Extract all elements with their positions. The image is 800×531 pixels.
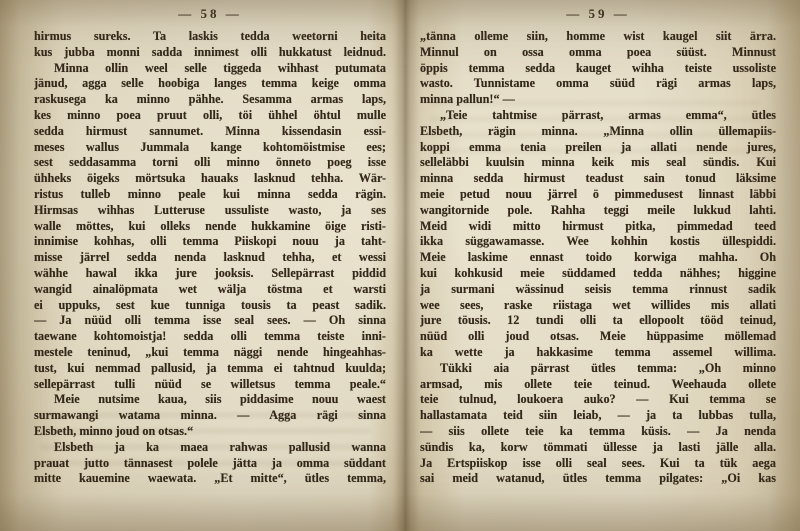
- text-line: Meie nutsime kaua, siis piddasime nouu w…: [34, 392, 386, 408]
- text-line: kus jubba monni sadda innimest olli hukk…: [34, 45, 386, 61]
- text-line: surmawangi watama minna. — Agga rägi sin…: [34, 408, 386, 424]
- text-line: meie petud nouu järrel ö pimmedusest lin…: [420, 187, 776, 203]
- text-line: ristus tulleb minno peale kui minna sedd…: [34, 187, 386, 203]
- page-58-text: hirmus sureks. Ta laskis tedda weetorni …: [34, 29, 386, 487]
- text-line: misse järrel sedda nenda lasknud tehha, …: [34, 250, 386, 266]
- text-line: sellepärrast tulli nüüd se willetsus tem…: [34, 377, 386, 393]
- text-line: „tänna olleme siin, homme wist kaugel si…: [420, 29, 776, 45]
- book-scan: — 58 — hirmus sureks. Ta laskis tedda we…: [0, 0, 800, 531]
- text-line: mestele teninud, „kui temma näggi nende …: [34, 345, 386, 361]
- text-line: Meie laskime ennast toido korwiga mahha.…: [420, 250, 776, 266]
- text-line: innimise kohhas, olli temma Piiskopi nou…: [34, 234, 386, 250]
- text-line: minna pallun!“ —: [420, 92, 776, 108]
- text-line: sündis ka, korw tömmati üllesse ja lasti…: [420, 440, 776, 456]
- text-line: wähhe hawal ikka jure jooksis. Sellepärr…: [34, 266, 386, 282]
- text-line: jänud, agga selle hoobiga langes temma k…: [34, 76, 386, 92]
- text-line: hirmus sureks. Ta laskis tedda weetorni …: [34, 29, 386, 45]
- page-number-right: — 59 —: [420, 6, 776, 22]
- text-line: sai meid watanud, ütles temma pilgates: …: [420, 471, 776, 487]
- text-line: Elsbeth ja ka maea rahwas pallusid wanna: [34, 440, 386, 456]
- text-line: öppis temma sedda kauget wihha teiste us…: [420, 61, 776, 77]
- text-line: kes minno poea pruut olli, töi ühhel öht…: [34, 108, 386, 124]
- text-line: Minnul on ossa omma poea süüst. Minnust: [420, 45, 776, 61]
- text-line: sest seddasamma torni olli minno önneto …: [34, 155, 386, 171]
- text-line: tust, kui nemmad pallusid, ja temma ei t…: [34, 361, 386, 377]
- text-line: teie tulnud, loukoera auko? — Kui temma …: [420, 392, 776, 408]
- page-59: — 59 — „tänna olleme siin, homme wist ka…: [420, 6, 776, 487]
- text-line: ja surmani wässinud seisis temma rinnust…: [420, 282, 776, 298]
- text-line: meses wallus Jummala kange kohtomöistmis…: [34, 140, 386, 156]
- text-line: wee sees, raske riistaga wet willides mi…: [420, 298, 776, 314]
- text-line: minna sedda hirmust teadust sain tonud l…: [420, 171, 776, 187]
- text-line: raskusega ka minno pähhe. Sesamma armas …: [34, 92, 386, 108]
- page-number-left: — 58 —: [34, 6, 386, 22]
- text-line: taewane kohtomoistja! sedda olli temma t…: [34, 329, 386, 345]
- text-line: Hirmsas wihhas Lutteruse ussuliste wasto…: [34, 203, 386, 219]
- text-line: mitte kauemine waewata. „Et mitte“, ütle…: [34, 471, 386, 487]
- text-line: Elsbeth, rägin minna. „Minna ollin üllem…: [420, 124, 776, 140]
- text-line: wasto. Tunnistame omma süüd rägi armas l…: [420, 76, 776, 92]
- text-line: ikka süggawamasse. Wee kohhin kostis üll…: [420, 234, 776, 250]
- text-line: ei uppuks, sest kue tunniga tousis ta pe…: [34, 298, 386, 314]
- text-line: „Teie tahtmise pärrast, armas emma“, ütl…: [420, 108, 776, 124]
- text-line: wangitornide pole. Rahha teggi meile luk…: [420, 203, 776, 219]
- text-line: nüüd olli joud otsas. Meie hüppasime möl…: [420, 329, 776, 345]
- text-line: ühheks öigeks mörtsuka hauaks lasknud te…: [34, 171, 386, 187]
- text-line: walle möttes, kui olleks nende hukkamine…: [34, 219, 386, 235]
- text-line: kui kohkusid meie süddamed tedda nähhes;…: [420, 266, 776, 282]
- text-line: sedda hirmust sannumet. Minna kissendasi…: [34, 124, 386, 140]
- text-line: Elsbeth, minno joud on otsas.“: [34, 424, 386, 440]
- page-59-text: „tänna olleme siin, homme wist kaugel si…: [420, 29, 776, 487]
- text-line: Minna ollin weel selle tiggeda wihhast p…: [34, 61, 386, 77]
- text-line: selleläbbi kuulsin minna keik mis seal s…: [420, 155, 776, 171]
- text-line: ka wette ja hakkasime temma assemel will…: [420, 345, 776, 361]
- page-58: — 58 — hirmus sureks. Ta laskis tedda we…: [34, 6, 386, 487]
- text-line: Ja Ertspiiskop isse olli seal sees. Kui …: [420, 456, 776, 472]
- text-line: hallastamata teid siin leiab, — ja ta lu…: [420, 408, 776, 424]
- text-line: wangid ainalöpmata wet wälja töstma et w…: [34, 282, 386, 298]
- text-line: prauat jutto tännasest polele jätta ja o…: [34, 456, 386, 472]
- text-line: Tükki aia pärrast ütles temma: „Oh minno: [420, 361, 776, 377]
- text-line: koppi emma tenia preilen ja allati nende…: [420, 140, 776, 156]
- text-line: armsad, mis ollete teie teinud. Weehauda…: [420, 377, 776, 393]
- text-line: Meid widi mitto hirmust pitka, pimmedad …: [420, 219, 776, 235]
- page-gutter: [392, 0, 418, 531]
- text-line: jure töusis. 12 tundi olli ta ellopoolt …: [420, 313, 776, 329]
- text-line: — Ja nüüd olli temma isse seal sees. — O…: [34, 313, 386, 329]
- text-line: — siis ollete teie ka temma küsis. — Ja …: [420, 424, 776, 440]
